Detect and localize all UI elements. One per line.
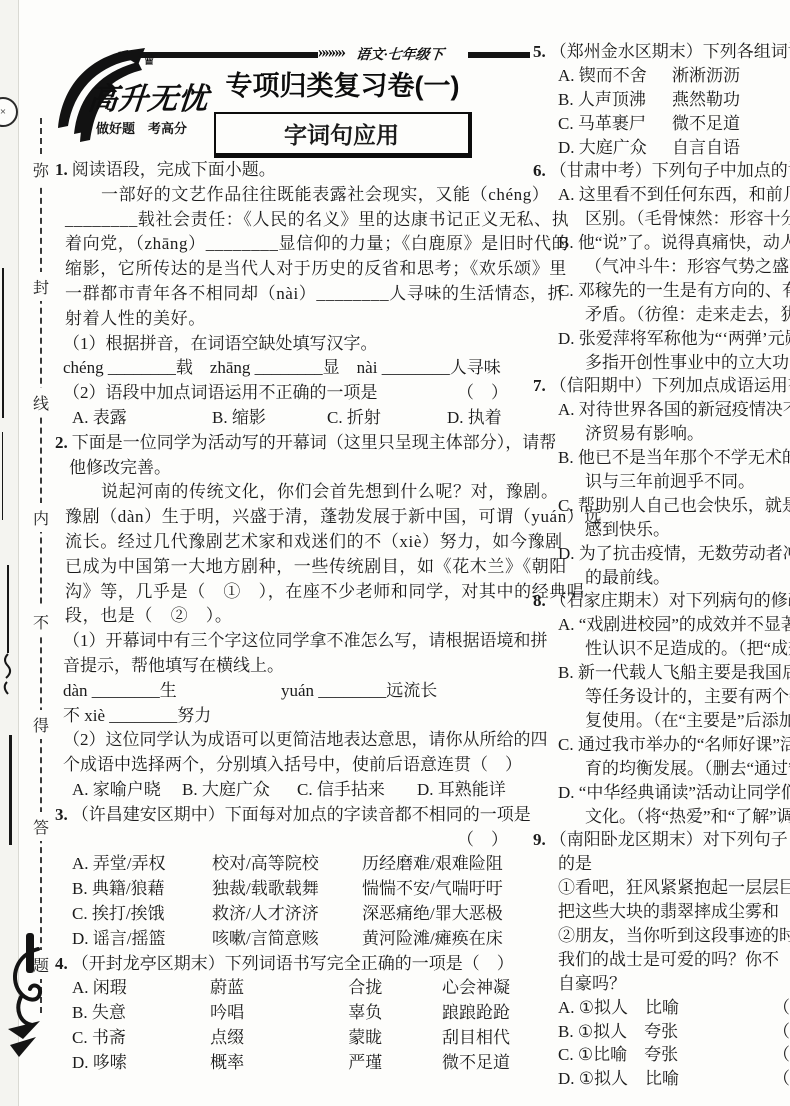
q4-intro: （开封龙亭区期末）下列词语书写完全正确的一项是 <box>72 954 463 973</box>
q3-option-row-b: B. 典籍/狼藉独裁/载歌载舞惴惴不安/气喘吁吁 <box>55 877 510 902</box>
q7-option-d: D. 为了抗击疫情，无数劳动者冲锋 <box>533 542 790 566</box>
word-2: 燕然勒功 <box>672 88 740 112</box>
q2-passage-line: 豫剧（dàn）生于明，兴盛于清，蓬勃发展于新中国，可谓（yuán）远 <box>55 505 510 530</box>
q4-stem: 4.（开封龙亭区期末）下列词语书写完全正确的一项是（ ） <box>55 952 510 977</box>
word-1: A. 锲而不舍 <box>558 64 672 88</box>
q8-line: 文化。（将“热爱”和“了解”调 <box>533 805 790 829</box>
q1-intro: 阅读语段，完成下面小题。 <box>72 160 276 179</box>
q2-passage-line: 段，也是（ ② ）。 <box>55 604 510 629</box>
answer-paren: （ <box>773 1043 790 1067</box>
word-2: 微不足道 <box>672 112 740 136</box>
seal-char: 不 <box>31 607 51 636</box>
q6-option-a: A. 这里看不到任何东西，和前几天 <box>533 183 790 207</box>
q8-option-b: B. 新一代载人飞船主要是我国后 <box>533 661 790 685</box>
scan-artifact <box>9 735 12 845</box>
word-3: 合拢 <box>348 976 442 1001</box>
q2-stem-cont: 他修改完善。 <box>55 456 510 481</box>
q7-line: 济贸易有影响。 <box>533 422 790 446</box>
option-b: B. 大庭广众 <box>182 778 297 803</box>
answer-paren: （ ） <box>457 828 508 853</box>
answer-paren: （ ） <box>463 952 514 977</box>
word-2: 点缀 <box>210 1026 348 1051</box>
q9-sentence-2: ②朋友，当你听到这段事迹的时 <box>533 924 790 948</box>
q3-option-row-d: D. 谣言/摇篮咳嗽/言简意赅黄河险滩/瘫痪在床 <box>55 927 510 952</box>
q3-option-row-a: A. 弄堂/弄权校对/高等院校历经磨难/艰难险阻 <box>55 852 510 877</box>
q7-intro: （信阳期中）下列加点成语运用有 <box>550 376 790 395</box>
crown-icon: ♛ <box>142 50 156 70</box>
q9-line: 自豪吗？ <box>533 972 790 996</box>
q2-sub2-cont: 个成语中选择两个，分别填入括号中，使前后语意连贯（ ） <box>55 753 510 778</box>
answer-paren: （ ） <box>457 381 508 406</box>
q2-passage-line: 说起河南的传统文化，你们会首先想到什么呢？对，豫剧。 <box>55 480 510 505</box>
word-1: C. 马革裹尸 <box>558 112 672 136</box>
word-1: B. 人声顶沸 <box>558 88 672 112</box>
page-title: 专项归类复习卷(一) <box>205 64 480 103</box>
answer-paren: （ <box>773 996 790 1020</box>
q6-line: 区别。（毛骨悚然：形容十分震惊 <box>533 207 790 231</box>
option-a: A. 家喻户晓 <box>72 778 182 803</box>
brand-logo: ♛ 高升无忧 做好题 考高分 <box>50 48 230 163</box>
word-2: 吟唱 <box>210 1001 348 1026</box>
flourish-ornament <box>6 933 52 1065</box>
q2-intro: 下面是一位同学为活动写的开幕词（这里只呈现主体部分），请帮 <box>72 433 557 452</box>
q4-option-row-c: C. 书斋点缀蒙眬刮目相代 <box>55 1026 510 1051</box>
q6-stem: 6.（甘肃中考）下列句子中加点的词语 <box>533 159 790 183</box>
q3-number: 3. <box>55 805 68 824</box>
q8-line: 等任务设计的，主要有两个特 <box>533 685 790 709</box>
word-4: 心会神凝 <box>442 976 510 1001</box>
q2-blank-dan: dàn ________生 <box>63 679 281 704</box>
seal-char: 答 <box>31 812 51 841</box>
q1-passage-line: 缩影，它所传达的是当代人对于历史的反省和思考；《欢乐颂》里 <box>55 257 510 282</box>
q2-sub2: （2）这位同学认为成语可以更简洁地表达意思，请你从所给的四 <box>55 728 510 753</box>
q1-stem: 1.阅读语段，完成下面小题。 <box>55 158 510 183</box>
seal-char: 线 <box>31 388 51 417</box>
q6-option-d: D. 张爱萍将军称他为“‘两弹’元勋 <box>533 327 790 351</box>
pair-2: 独裁/载歌载舞 <box>212 877 362 902</box>
q6-option-c: C. 邓稼先的一生是有方向的、有意 <box>533 279 790 303</box>
seal-char: 弥 <box>31 155 51 184</box>
q6-line: 多指开创性事业中的立大功的 <box>533 351 790 375</box>
q2-sub1: （1）开幕词中有三个字这位同学拿不准怎么写，请根据语境和拼 <box>55 629 510 654</box>
left-column: 1.阅读语段，完成下面小题。 一部好的文艺作品往往既能表露社会现实，又能（ché… <box>55 158 510 1075</box>
q6-intro: （甘肃中考）下列句子中加点的词语 <box>550 161 790 180</box>
q7-line: 的最前线。 <box>533 566 790 590</box>
q7-line: 感到快乐。 <box>533 518 790 542</box>
q5-stem: 5.（郑州金水区期末）下列各组词语书写 <box>533 40 790 64</box>
option-d: D. 执着 <box>447 406 502 431</box>
pair-3: 惴惴不安/气喘吁吁 <box>362 877 503 902</box>
q5-option-row-c: C. 马革裹尸微不足道 <box>533 112 790 136</box>
q8-line: 复使用。（在“主要是”后添加 <box>533 709 790 733</box>
word-4: 刮目相代 <box>442 1026 510 1051</box>
q8-option-d: D. “中华经典诵读”活动让同学们 <box>533 781 790 805</box>
q1-passage-line: 一部好的文艺作品往往既能表露社会现实，又能（chéng） <box>55 183 510 208</box>
brand-slogan: 做好题 考高分 <box>96 118 187 137</box>
q2-passage-line: 沟》等，几乎是（ ① ），在座不少老师和同学，对其中的经典唱 <box>55 580 510 605</box>
q7-number: 7. <box>533 376 546 395</box>
scanned-workbook-page: × 弥 封 线 内 不 得 答 题 »»»» 语文·七年级下 ♛ 高升无忧 做好… <box>0 0 790 1106</box>
q4-option-row-a: A. 闲瑕蔚蓝合拢心会神凝 <box>55 976 510 1001</box>
seal-char: 得 <box>31 710 51 739</box>
q1-number: 1. <box>55 160 68 179</box>
option-text: A. ①拟人 比喻 <box>558 996 679 1020</box>
q8-stem: 8.（石家庄期末）对下列病句的修改 <box>533 589 790 613</box>
word-1: D. 哆嗦 <box>72 1051 210 1076</box>
option-c: C. 信手拈来 <box>297 778 417 803</box>
q8-number: 8. <box>533 591 546 610</box>
q4-option-row-b: B. 失意吟唱辜负踉踉跄跄 <box>55 1001 510 1026</box>
q8-option-c: C. 通过我市举办的“名师好课”活 <box>533 733 790 757</box>
q1-sub2: （2）语段中加点词语运用不正确的一项是（ ） <box>55 381 510 406</box>
q4-number: 4. <box>55 954 68 973</box>
q5-intro: （郑州金水区期末）下列各组词语书写 <box>550 42 790 61</box>
word-1: A. 闲瑕 <box>72 976 210 1001</box>
q9-line: 我们的战士是可爱的吗？你不 <box>533 948 790 972</box>
q1-passage-line: ________载社会责任：《人民的名义》里的达康书记正义无私、执 <box>55 208 510 233</box>
answer-paren: （ <box>773 1067 790 1091</box>
word-3: 辜负 <box>348 1001 442 1026</box>
scan-artifact <box>7 565 9 653</box>
q8-line: 性认识不足造成的。（把“成效 <box>533 637 790 661</box>
q1-sub2-text: （2）语段中加点词语运用不正确的一项是 <box>63 381 378 406</box>
q5-option-row-d: D. 大庭广众自言自语 <box>533 136 790 160</box>
option-text: B. ①拟人 夸张 <box>558 1020 678 1044</box>
q7-line: 识与三年前迥乎不同。 <box>533 470 790 494</box>
q6-line: 矛盾。（彷徨：走来走去，犹疑不 <box>533 303 790 327</box>
q9-sentence-1: ①看吧，狂风紧紧抱起一层层巨 <box>533 876 790 900</box>
q5-option-row-a: A. 锲而不舍淅淅沥沥 <box>533 64 790 88</box>
word-4: 踉踉跄跄 <box>442 1001 510 1026</box>
seal-char: 封 <box>31 272 51 301</box>
q3-intro: （许昌建安区期中）下面每对加点的字读音都不相同的一项是 <box>72 805 531 824</box>
option-text: C. ①比喻 夸张 <box>558 1043 678 1067</box>
seal-dashed-line <box>40 118 42 1013</box>
answer-paren: （ ） <box>471 753 522 778</box>
right-column: 5.（郑州金水区期末）下列各组词语书写 A. 锲而不舍淅淅沥沥 B. 人声顶沸燕… <box>533 40 790 1091</box>
q9-number: 9. <box>533 830 546 849</box>
q1-sub1: （1）根据拼音，在词语空缺处填写汉字。 <box>55 332 510 357</box>
option-c: C. 折射 <box>327 406 447 431</box>
q2-passage-line: 已成为中国第一大地方剧种，一些传统剧目，如《花木兰》《朝阳 <box>55 555 510 580</box>
q3-option-row-c: C. 挨打/挨饿救济/人才济济深恶痛绝/罪大恶极 <box>55 902 510 927</box>
q4-option-row-d: D. 哆嗦概率严瑾微不足道 <box>55 1051 510 1076</box>
scan-artifact <box>2 268 4 418</box>
q3-answer-paren-line: （ ） <box>55 828 510 853</box>
header-chevrons: »»»» <box>318 42 344 62</box>
q2-sub2-text: 个成语中选择两个，分别填入括号中，使前后语意连贯 <box>63 753 471 778</box>
pair-1: A. 弄堂/弄权 <box>72 852 212 877</box>
q7-option-a: A. 对待世界各国的新冠疫情决不 <box>533 398 790 422</box>
q7-option-c: C. 帮助别人自己也会快乐，就是一 <box>533 494 790 518</box>
q6-option-b: B. 他“说”了。说得真痛快，动人心 <box>533 231 790 255</box>
q9-option-c: C. ①比喻 夸张（ <box>533 1043 790 1067</box>
q9-stem: 9.（南阳卧龙区期末）对下列句子 <box>533 828 790 852</box>
section-title-box: 字词句应用 <box>214 112 472 158</box>
word-3: 蒙眬 <box>348 1026 442 1051</box>
q2-blank-row: dàn ________生yuán ________远流长 <box>55 679 510 704</box>
word-1: C. 书斋 <box>72 1026 210 1051</box>
q6-line: （气冲斗牛：形容气势之盛可以 <box>533 255 790 279</box>
q9-intro: （南阳卧龙区期末）对下列句子 <box>550 830 788 849</box>
option-d: D. 耳熟能详 <box>417 778 506 803</box>
q8-option-a: A. “戏剧进校园”的成效并不显著 <box>533 613 790 637</box>
option-text: D. ①拟人 比喻 <box>558 1067 679 1091</box>
header-rule-right <box>468 52 530 58</box>
q7-stem: 7.（信阳期中）下列加点成语运用有 <box>533 374 790 398</box>
q1-passage-line: 射着人性的美好。 <box>55 307 510 332</box>
pair-3: 历经磨难/艰难险阻 <box>362 852 503 877</box>
q2-sub1-cont: 音提示，帮他填写在横线上。 <box>55 654 510 679</box>
pair-3: 黄河险滩/瘫痪在床 <box>362 927 503 952</box>
q6-number: 6. <box>533 161 546 180</box>
pair-2: 校对/高等院校 <box>212 852 362 877</box>
word-2: 蔚蓝 <box>210 976 348 1001</box>
q8-intro: （石家庄期末）对下列病句的修改 <box>550 591 790 610</box>
word-1: D. 大庭广众 <box>558 136 672 160</box>
q1-options: A. 表露B. 缩影C. 折射D. 执着 <box>55 406 510 431</box>
seal-char: 内 <box>31 503 51 532</box>
word-4: 微不足道 <box>442 1051 510 1076</box>
q2-blank-yuan: yuán ________远流长 <box>281 679 437 704</box>
q1-pinyin-blanks: chéng ________载 zhāng ________显 nài ____… <box>55 356 510 381</box>
option-b: B. 缩影 <box>212 406 327 431</box>
word-3: 严瑾 <box>348 1051 442 1076</box>
brand-name: 高升无忧 <box>86 74 210 118</box>
q9-line: 把这些大块的翡翠摔成尘雾和 <box>533 900 790 924</box>
option-a: A. 表露 <box>72 406 212 431</box>
q2-blank-xie: 不 xiè ________努力 <box>55 704 510 729</box>
q5-option-row-b: B. 人声顶沸燕然勒功 <box>533 88 790 112</box>
q3-stem: 3.（许昌建安区期中）下面每对加点的字读音都不相同的一项是 <box>55 803 510 828</box>
pair-1: C. 挨打/挨饿 <box>72 902 212 927</box>
q8-line: 育的均衡发展。（删去“通过” <box>533 757 790 781</box>
pair-1: B. 典籍/狼藉 <box>72 877 212 902</box>
pair-2: 救济/人才济济 <box>212 902 362 927</box>
q1-passage-line: 着向党，（zhāng）________显信仰的力量；《白鹿原》是旧时代的 <box>55 232 510 257</box>
q5-number: 5. <box>533 42 546 61</box>
word-2: 自言自语 <box>672 136 740 160</box>
word-2: 概率 <box>210 1051 348 1076</box>
q2-passage-line: 流长。经过几代豫剧艺术家和戏迷们的不（xiè）努力，如今豫剧 <box>55 530 510 555</box>
title-block: 专项归类复习卷(一) 字词句应用 <box>205 64 480 158</box>
q9-option-a: A. ①拟人 比喻（ <box>533 996 790 1020</box>
q1-passage-line: 一群都市青年各不相同却（nài）________人寻味的生活情态，折 <box>55 282 510 307</box>
word-1: B. 失意 <box>72 1001 210 1026</box>
q2-number: 2. <box>55 433 68 452</box>
scan-squiggle-mark <box>1 652 13 696</box>
q9-option-d: D. ①拟人 比喻（ <box>533 1067 790 1091</box>
q9-line: 的是 <box>533 852 790 876</box>
q7-option-b: B. 他已不是当年那个不学无术的 <box>533 446 790 470</box>
q2-stem: 2.下面是一位同学为活动写的开幕词（这里只呈现主体部分），请帮 <box>55 431 510 456</box>
answer-paren: （ <box>773 1020 790 1044</box>
edition-label: 语文·七年级下 <box>355 44 445 64</box>
q2-options: A. 家喻户晓B. 大庭广众C. 信手拈来D. 耳熟能详 <box>55 778 510 803</box>
word-2: 淅淅沥沥 <box>672 64 740 88</box>
pair-3: 深恶痛绝/罪大恶极 <box>362 902 503 927</box>
pair-1: D. 谣言/摇篮 <box>72 927 212 952</box>
q9-option-b: B. ①拟人 夸张（ <box>533 1020 790 1044</box>
scan-artifact <box>2 432 3 520</box>
pair-2: 咳嗽/言简意赅 <box>212 927 362 952</box>
